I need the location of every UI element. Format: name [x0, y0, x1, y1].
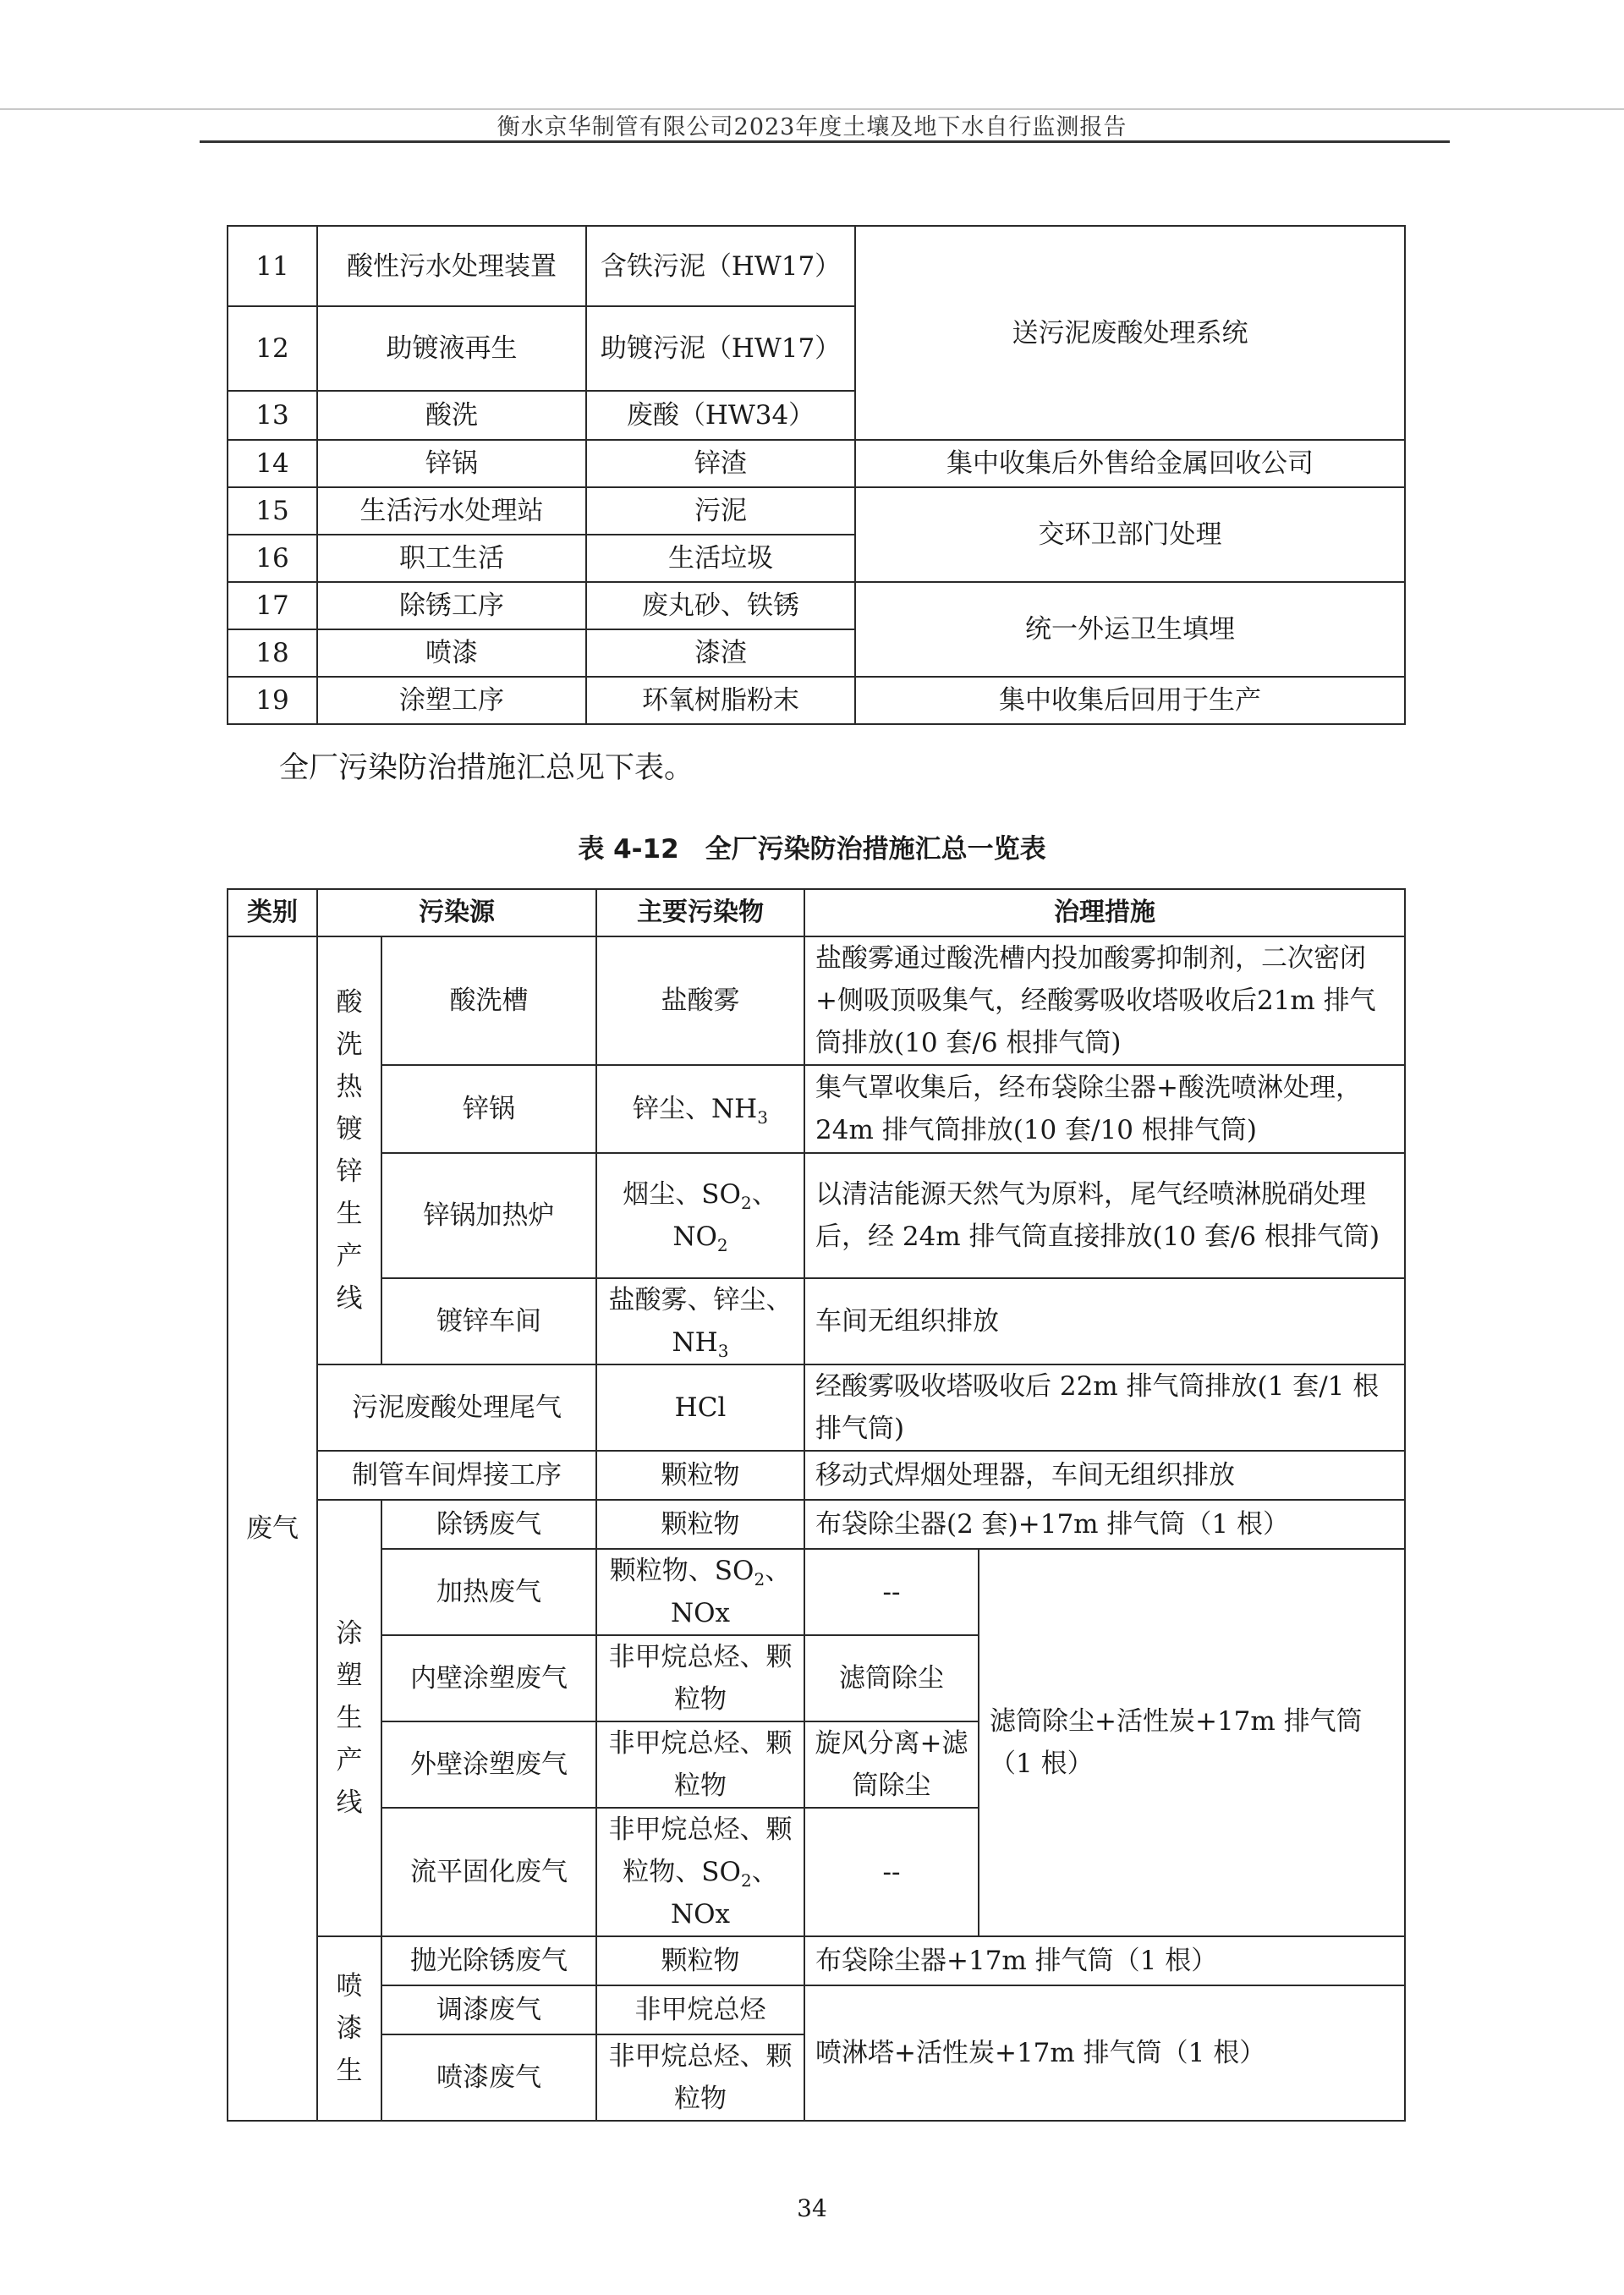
- table-row: 15 生活污水处理站 污泥 交环卫部门处理: [228, 487, 1405, 535]
- table-row: 制管车间焊接工序 颗粒物 移动式焊烟处理器，车间无组织排放: [228, 1451, 1405, 1500]
- group-coating-line: 涂塑生产线: [317, 1500, 381, 1936]
- header-source: 污染源: [317, 889, 596, 936]
- row-source: 职工生活: [317, 535, 586, 582]
- group-galvanizing-line: 酸洗热镀锌生产线: [317, 936, 381, 1364]
- row-no: 16: [228, 535, 317, 582]
- header-rule: [200, 140, 1450, 143]
- measure-cell: 盐酸雾通过酸洗槽内投加酸雾抑制剂，二次密闭+侧吸顶吸集气，经酸雾吸收塔吸收后21…: [804, 936, 1405, 1065]
- row-source: 酸洗: [317, 391, 586, 440]
- pollutant-cell: 颗粒物: [596, 1936, 804, 1985]
- disposal-cell: 交环卫部门处理: [855, 487, 1405, 582]
- source-cell: 制管车间焊接工序: [317, 1451, 596, 1500]
- row-waste: 生活垃圾: [586, 535, 855, 582]
- pretreatment-cell: 旋风分离+滤筒除尘: [804, 1721, 979, 1808]
- pollutant-cell: 盐酸雾、锌尘、NH3: [596, 1278, 804, 1364]
- table-row: 污泥废酸处理尾气 HCl 经酸雾吸收塔吸收后 22m 排气筒排放(1 套/1 根…: [228, 1364, 1405, 1451]
- source-cell: 锌锅加热炉: [381, 1153, 596, 1278]
- row-waste: 漆渣: [586, 629, 855, 677]
- source-cell: 内壁涂塑废气: [381, 1635, 596, 1721]
- solid-waste-table: 11 酸性污水处理装置 含铁污泥（HW17） 送污泥废酸处理系统 12 助镀液再…: [227, 225, 1406, 725]
- disposal-cell: 统一外运卫生填埋: [855, 582, 1405, 677]
- table-row: 调漆废气 非甲烷总烃 喷淋塔+活性炭+17m 排气筒（1 根）: [228, 1985, 1405, 2034]
- source-cell: 抛光除锈废气: [381, 1936, 596, 1985]
- table-row: 涂塑生产线 除锈废气 颗粒物 布袋除尘器(2 套)+17m 排气筒（1 根）: [228, 1500, 1405, 1549]
- row-source: 除锈工序: [317, 582, 586, 629]
- source-cell: 外壁涂塑废气: [381, 1721, 596, 1808]
- measure-cell: 经酸雾吸收塔吸收后 22m 排气筒排放(1 套/1 根排气筒): [804, 1364, 1405, 1451]
- source-cell: 除锈废气: [381, 1500, 596, 1549]
- measure-cell: 以清洁能源天然气为原料，尾气经喷淋脱硝处理后，经 24m 排气筒直接排放(10 …: [804, 1153, 1405, 1278]
- pretreatment-cell: --: [804, 1808, 979, 1936]
- pollutant-cell: 颗粒物、SO2、NOx: [596, 1549, 804, 1635]
- source-cell: 污泥废酸处理尾气: [317, 1364, 596, 1451]
- category-cell: 废气: [228, 936, 317, 2121]
- measure-cell: 车间无组织排放: [804, 1278, 1405, 1364]
- row-no: 12: [228, 306, 317, 391]
- page-header-title: 衡水京华制管有限公司2023年度土壤及地下水自行监测报告: [0, 108, 1624, 141]
- row-no: 19: [228, 677, 317, 724]
- page-number: 34: [0, 2194, 1624, 2222]
- pollutant-cell: 非甲烷总烃、颗粒物: [596, 1635, 804, 1721]
- body-paragraph: 全厂污染防治措施汇总见下表。: [279, 744, 694, 787]
- table-row: 镀锌车间 盐酸雾、锌尘、NH3 车间无组织排放: [228, 1278, 1405, 1364]
- source-cell: 调漆废气: [381, 1985, 596, 2034]
- header-measure: 治理措施: [804, 889, 1405, 936]
- table-row: 喷漆生 抛光除锈废气 颗粒物 布袋除尘器+17m 排气筒（1 根）: [228, 1936, 1405, 1985]
- row-no: 14: [228, 440, 317, 487]
- row-no: 11: [228, 226, 317, 306]
- painting-common-measure: 喷淋塔+活性炭+17m 排气筒（1 根）: [804, 1985, 1405, 2121]
- disposal-cell: 送污泥废酸处理系统: [855, 226, 1405, 440]
- disposal-cell: 集中收集后回用于生产: [855, 677, 1405, 724]
- source-cell: 酸洗槽: [381, 936, 596, 1065]
- coating-common-measure: 滤筒除尘+活性炭+17m 排气筒（1 根）: [979, 1549, 1405, 1936]
- disposal-cell: 集中收集后外售给金属回收公司: [855, 440, 1405, 487]
- row-no: 13: [228, 391, 317, 440]
- pollutant-cell: 颗粒物: [596, 1500, 804, 1549]
- pollutant-cell: 锌尘、NH3: [596, 1065, 804, 1153]
- source-cell: 锌锅: [381, 1065, 596, 1153]
- pollutant-cell: 颗粒物: [596, 1451, 804, 1500]
- row-no: 18: [228, 629, 317, 677]
- row-waste: 锌渣: [586, 440, 855, 487]
- source-cell: 加热废气: [381, 1549, 596, 1635]
- row-waste: 污泥: [586, 487, 855, 535]
- row-source: 锌锅: [317, 440, 586, 487]
- row-waste: 废酸（HW34）: [586, 391, 855, 440]
- row-source: 涂塑工序: [317, 677, 586, 724]
- header-category: 类别: [228, 889, 317, 936]
- pollutant-cell: 非甲烷总烃: [596, 1985, 804, 2034]
- table-header-row: 类别 污染源 主要污染物 治理措施: [228, 889, 1405, 936]
- table-row: 14 锌锅 锌渣 集中收集后外售给金属回收公司: [228, 440, 1405, 487]
- row-source: 生活污水处理站: [317, 487, 586, 535]
- source-cell: 喷漆废气: [381, 2034, 596, 2121]
- pretreatment-cell: --: [804, 1549, 979, 1635]
- row-no: 17: [228, 582, 317, 629]
- measure-cell: 集气罩收集后，经布袋除尘器+酸洗喷淋处理，24m 排气筒排放(10 套/10 根…: [804, 1065, 1405, 1153]
- measure-cell: 布袋除尘器+17m 排气筒（1 根）: [804, 1936, 1405, 1985]
- pollutant-cell: 非甲烷总烃、颗粒物: [596, 1721, 804, 1808]
- table-row: 锌锅 锌尘、NH3 集气罩收集后，经布袋除尘器+酸洗喷淋处理，24m 排气筒排放…: [228, 1065, 1405, 1153]
- row-waste: 环氧树脂粉末: [586, 677, 855, 724]
- table-row: 废气 酸洗热镀锌生产线 酸洗槽 盐酸雾 盐酸雾通过酸洗槽内投加酸雾抑制剂，二次密…: [228, 936, 1405, 1065]
- row-source: 酸性污水处理装置: [317, 226, 586, 306]
- measure-cell: 布袋除尘器(2 套)+17m 排气筒（1 根）: [804, 1500, 1405, 1549]
- group-painting-line: 喷漆生: [317, 1936, 381, 2121]
- source-cell: 流平固化废气: [381, 1808, 596, 1936]
- pollutant-cell: 非甲烷总烃、颗粒物: [596, 2034, 804, 2121]
- pretreatment-cell: 滤筒除尘: [804, 1635, 979, 1721]
- pollutant-cell: 非甲烷总烃、颗粒物、SO2、NOx: [596, 1808, 804, 1936]
- table-row: 锌锅加热炉 烟尘、SO2、NO2 以清洁能源天然气为原料，尾气经喷淋脱硝处理后，…: [228, 1153, 1405, 1278]
- pollution-measures-table: 类别 污染源 主要污染物 治理措施 废气 酸洗热镀锌生产线 酸洗槽 盐酸雾 盐酸…: [227, 888, 1406, 2122]
- row-no: 15: [228, 487, 317, 535]
- table-caption: 表 4-12 全厂污染防治措施汇总一览表: [0, 827, 1624, 865]
- pollutant-cell: HCl: [596, 1364, 804, 1451]
- pollutant-cell: 盐酸雾: [596, 936, 804, 1065]
- header-pollutant: 主要污染物: [596, 889, 804, 936]
- row-waste: 助镀污泥（HW17）: [586, 306, 855, 391]
- table-row: 17 除锈工序 废丸砂、铁锈 统一外运卫生填埋: [228, 582, 1405, 629]
- source-cell: 镀锌车间: [381, 1278, 596, 1364]
- row-waste: 废丸砂、铁锈: [586, 582, 855, 629]
- table-row: 加热废气 颗粒物、SO2、NOx -- 滤筒除尘+活性炭+17m 排气筒（1 根…: [228, 1549, 1405, 1635]
- measure-cell: 移动式焊烟处理器，车间无组织排放: [804, 1451, 1405, 1500]
- table-row: 19 涂塑工序 环氧树脂粉末 集中收集后回用于生产: [228, 677, 1405, 724]
- row-waste: 含铁污泥（HW17）: [586, 226, 855, 306]
- row-source: 喷漆: [317, 629, 586, 677]
- row-source: 助镀液再生: [317, 306, 586, 391]
- table-row: 11 酸性污水处理装置 含铁污泥（HW17） 送污泥废酸处理系统: [228, 226, 1405, 306]
- pollutant-cell: 烟尘、SO2、NO2: [596, 1153, 804, 1278]
